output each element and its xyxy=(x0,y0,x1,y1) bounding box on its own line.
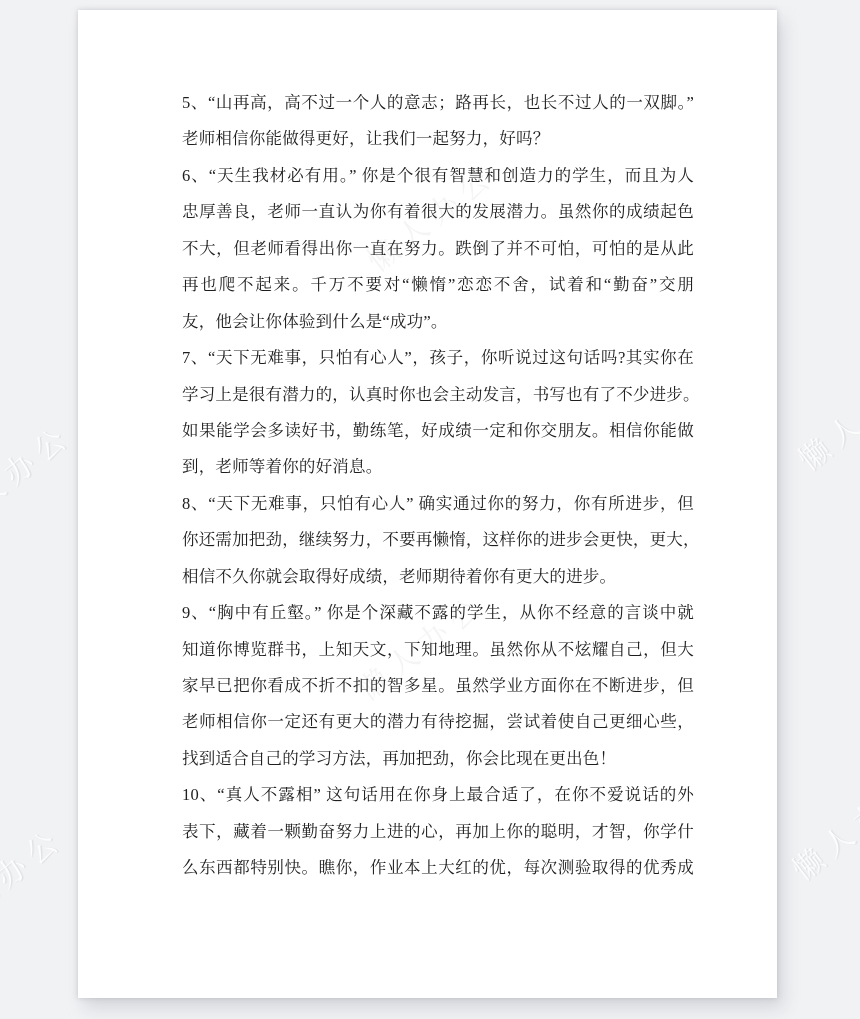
text-line: 知道你博览群书，上知天文，下知地理。虽然你从不炫耀自己，但大 xyxy=(182,632,694,668)
text-line: 家早已把你看成不折不扣的智多星。虽然学业方面你在不断进步，但 xyxy=(182,668,694,704)
text-line: 再也爬不起来。千万不要对“懒惰”恋恋不舍，试着和“勤奋”交朋 xyxy=(182,267,694,303)
watermark-text: 懒人办公 xyxy=(0,412,79,540)
text-block: 5、“山再高，高不过一个人的意志；路再长，也长不过人的一双脚。”老师相信你能做得… xyxy=(182,85,694,887)
text-line: 6、“天生我材必有用。” 你是个很有智慧和创造力的学生，而且为人 xyxy=(182,158,694,194)
text-line: 老师相信你能做得更好，让我们一起努力，好吗？ xyxy=(182,121,694,157)
text-line: 到，老师等着你的好消息。 xyxy=(182,449,694,485)
text-line: 不大，但老师看得出你一直在努力。跌倒了并不可怕，可怕的是从此 xyxy=(182,231,694,267)
text-line: 表下，藏着一颗勤奋努力上进的心，再加上你的聪明，才智，你学什 xyxy=(182,814,694,850)
text-line: 学习上是很有潜力的，认真时你也会主动发言，书写也有了不少进步。 xyxy=(182,377,694,413)
text-line: 9、“胸中有丘壑。” 你是个深藏不露的学生，从你不经意的言谈中就 xyxy=(182,595,694,631)
document-page: 5、“山再高，高不过一个人的意志；路再长，也长不过人的一双脚。”老师相信你能做得… xyxy=(78,10,777,998)
text-line: 忠厚善良，老师一直认为你有着很大的发展潜力。虽然你的成绩起色 xyxy=(182,194,694,230)
text-line: 找到适合自己的学习方法，再加把劲，你会比现在更出色！ xyxy=(182,741,694,777)
watermark-text: 懒人办公 xyxy=(0,815,71,943)
watermark-text: 懒人办公 xyxy=(782,761,860,889)
text-line: 老师相信你一定还有更大的潜力有待挖掘，尝试着使自己更细心些， xyxy=(182,704,694,740)
text-line: 你还需加把劲，继续努力，不要再懒惰，这样你的进步会更快，更大， xyxy=(182,522,694,558)
text-line: 相信不久你就会取得好成绩，老师期待着你有更大的进步。 xyxy=(182,559,694,595)
text-line: 如果能学会多读好书，勤练笔，好成绩一定和你交朋友。相信你能做 xyxy=(182,413,694,449)
watermark-text: 懒人办公 xyxy=(788,351,860,479)
text-line: 8、“天下无难事，只怕有心人” 确实通过你的努力，你有所进步，但 xyxy=(182,486,694,522)
screenshot-canvas: 5、“山再高，高不过一个人的意志；路再长，也长不过人的一双脚。”老师相信你能做得… xyxy=(0,0,860,1019)
text-line: 友，他会让你体验到什么是“成功”。 xyxy=(182,304,694,340)
text-line: 5、“山再高，高不过一个人的意志；路再长，也长不过人的一双脚。” xyxy=(182,85,694,121)
text-line: 7、“天下无难事，只怕有心人”，孩子，你听说过这句话吗?其实你在 xyxy=(182,340,694,376)
text-line: 么东西都特别快。瞧你，作业本上大红的优，每次测验取得的优秀成 xyxy=(182,850,694,886)
text-line: 10、“真人不露相” 这句话用在你身上最合适了，在你不爱说话的外 xyxy=(182,777,694,813)
